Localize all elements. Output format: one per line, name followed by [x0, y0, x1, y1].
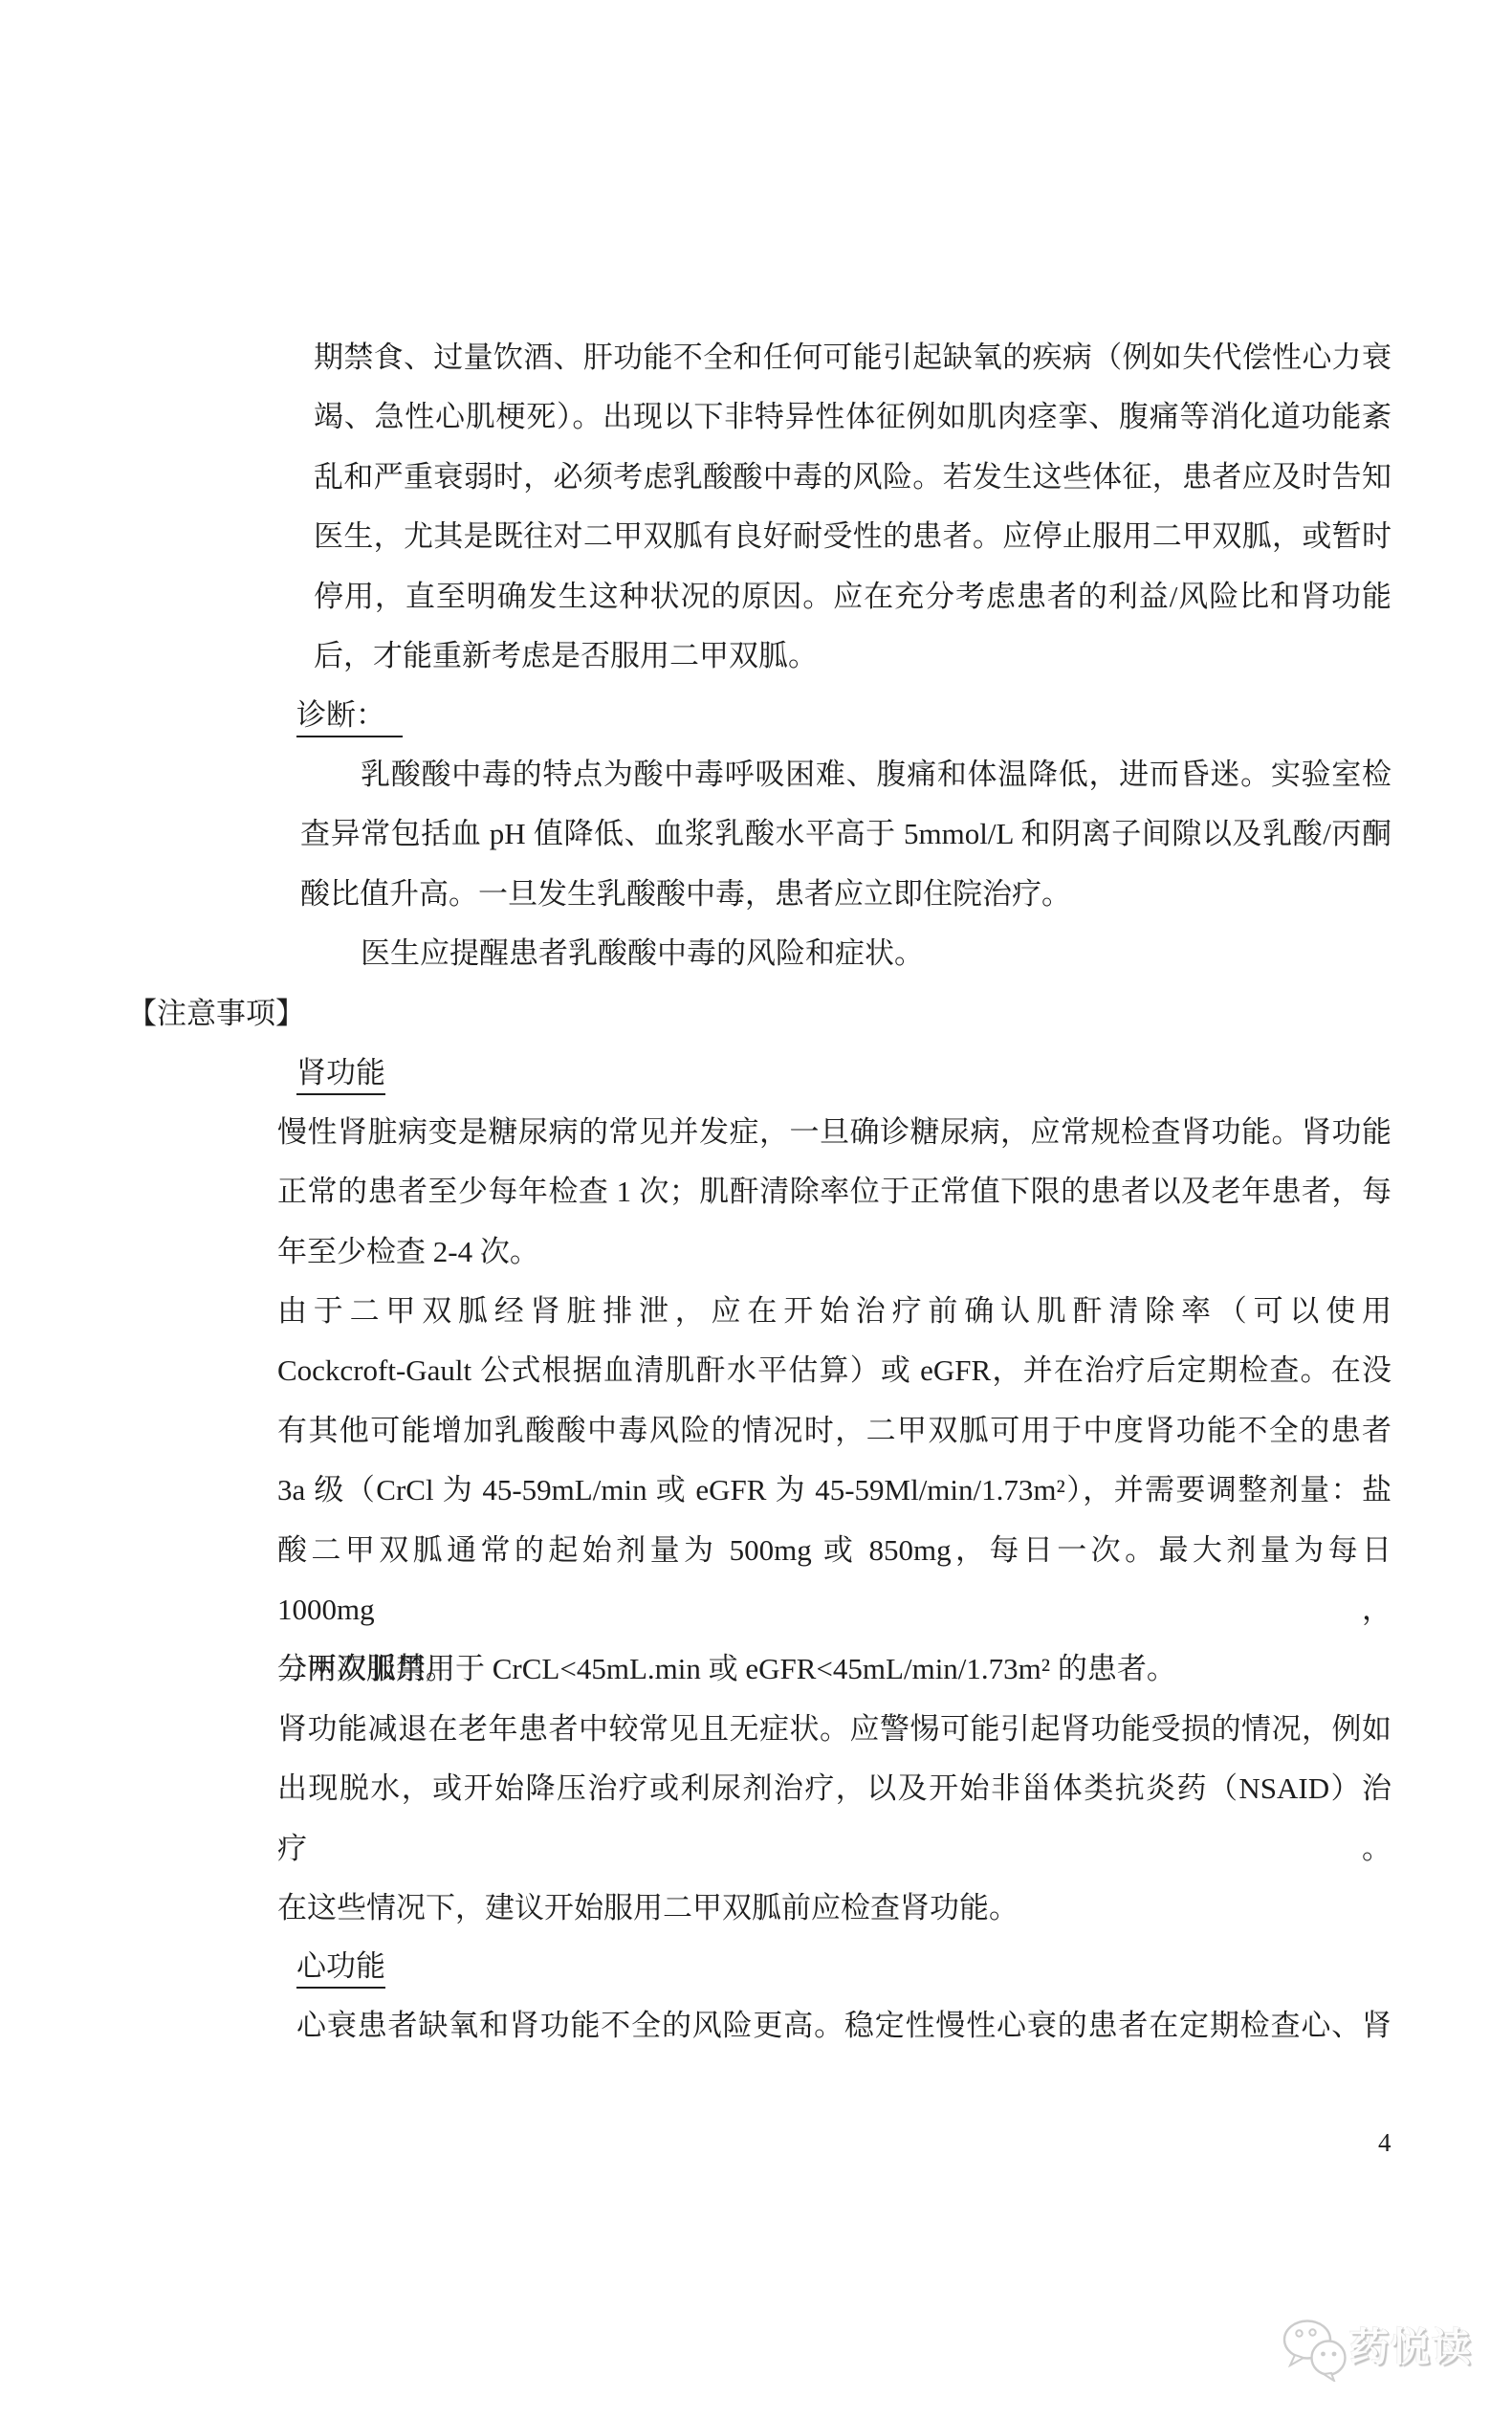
diagnosis-paragraph: 乳酸酸中毒的特点为酸中毒呼吸困难、腹痛和体温降低，进而昏迷。实验室检 查异常包括… [300, 745, 1391, 924]
text-line: 酸比值升高。一旦发生乳酸酸中毒，患者应立即住院治疗。 [300, 865, 1391, 924]
watermark-text: 药悦读 [1349, 2328, 1473, 2367]
text-line: 医生，尤其是既往对二甲双胍有良好耐受性的患者。应停止服用二甲双胍，或暂时 [314, 507, 1391, 566]
text-line: 医生应提醒患者乳酸酸中毒的风险和症状。 [300, 924, 1391, 983]
text-line: 出现脱水，或开始降压治疗或利尿剂治疗，以及开始非甾体类抗炎药（NSAID）治疗。 [277, 1759, 1391, 1879]
renal-paragraph-3: 二甲双胍禁用于 CrCL<45mL.min 或 eGFR<45mL/min/1.… [277, 1639, 1391, 1699]
text-line: 酸二甲双胍通常的起始剂量为 500mg 或 850mg，每日一次。最大剂量为每日… [277, 1521, 1391, 1640]
renal-paragraph-1: 慢性肾脏病变是糖尿病的常见并发症，一旦确诊糖尿病，应常规检查肾功能。肾功能 正常… [277, 1103, 1391, 1282]
text-line: 肾功能减退在老年患者中较常见且无症状。应警惕可能引起肾功能受损的情况，例如 [277, 1700, 1391, 1759]
text-line: 后，才能重新考虑是否服用二甲双胍。 [314, 627, 1391, 686]
text-line: 年至少检查 2-4 次。 [277, 1222, 1391, 1282]
diagnosis-reminder: 医生应提醒患者乳酸酸中毒的风险和症状。 [300, 924, 1391, 983]
text-line: 乱和严重衰弱时，必须考虑乳酸酸中毒的风险。若发生这些体征，患者应及时告知 [314, 448, 1391, 507]
text-line: 在这些情况下，建议开始服用二甲双胍前应检查肾功能。 [277, 1879, 1391, 1938]
precautions-heading: 【注意事项】 [127, 984, 305, 1044]
page-number: 4 [1378, 2130, 1391, 2156]
text-line: 查异常包括血 pH 值降低、血浆乳酸水平高于 5mmol/L 和阴离子间隙以及乳… [300, 804, 1391, 864]
renal-paragraph-2: 由于二甲双胍经肾脏排泄，应在开始治疗前确认肌酐清除率（可以使用 Cockcrof… [277, 1282, 1391, 1700]
text-line: 期禁食、过量饮酒、肝功能不全和任何可能引起缺氧的疾病（例如失代偿性心力衰 [314, 328, 1391, 387]
text-line: Cockcroft-Gault 公式根据血清肌酐水平估算）或 eGFR，并在治疗… [277, 1341, 1391, 1400]
renal-paragraph-4: 肾功能减退在老年患者中较常见且无症状。应警惕可能引起肾功能受损的情况，例如 出现… [277, 1700, 1391, 1939]
text-line: 由于二甲双胍经肾脏排泄，应在开始治疗前确认肌酐清除率（可以使用 [277, 1282, 1391, 1341]
watermark: 药悦读 [1282, 2317, 1493, 2384]
text-line: 心衰患者缺氧和肾功能不全的风险更高。稳定性慢性心衰的患者在定期检查心、肾 [296, 1996, 1391, 2056]
text-line: 二甲双胍禁用于 CrCL<45mL.min 或 eGFR<45mL/min/1.… [277, 1639, 1391, 1699]
text-line: 停用，直至明确发生这种状况的原因。应在充分考虑患者的利益/风险比和肾功能 [314, 567, 1391, 627]
diagnosis-heading-label: 诊断： [296, 696, 403, 737]
text-line: 3a 级（CrCl 为 45-59mL/min 或 eGFR 为 45-59Ml… [277, 1461, 1391, 1520]
text-line: 竭、急性心肌梗死）。出现以下非特异性体征例如肌肉痉挛、腹痛等消化道功能紊 [314, 387, 1391, 447]
wechat-icon [1282, 2319, 1349, 2382]
intro-paragraph: 期禁食、过量饮酒、肝功能不全和任何可能引起缺氧的疾病（例如失代偿性心力衰 竭、急… [314, 328, 1391, 686]
renal-heading: 肾功能 [296, 1044, 385, 1103]
cardiac-paragraph: 心衰患者缺氧和肾功能不全的风险更高。稳定性慢性心衰的患者在定期检查心、肾 [296, 1996, 1391, 2056]
text-line: 正常的患者至少每年检查 1 次；肌酐清除率位于正常值下限的患者以及老年患者，每 [277, 1162, 1391, 1221]
renal-heading-label: 肾功能 [296, 1054, 385, 1095]
cardiac-heading: 心功能 [296, 1937, 385, 1996]
precautions-heading-label: 【注意事项】 [127, 997, 305, 1030]
text-line: 有其他可能增加乳酸酸中毒风险的情况时，二甲双胍可用于中度肾功能不全的患者 [277, 1401, 1391, 1461]
diagnosis-heading: 诊断： [296, 686, 403, 745]
document-page: 期禁食、过量饮酒、肝功能不全和任何可能引起缺氧的疾病（例如失代偿性心力衰 竭、急… [0, 0, 1512, 2419]
cardiac-heading-label: 心功能 [296, 1947, 385, 1989]
text-line: 慢性肾脏病变是糖尿病的常见并发症，一旦确诊糖尿病，应常规检查肾功能。肾功能 [277, 1103, 1391, 1162]
text-line: 乳酸酸中毒的特点为酸中毒呼吸困难、腹痛和体温降低，进而昏迷。实验室检 [300, 745, 1391, 804]
